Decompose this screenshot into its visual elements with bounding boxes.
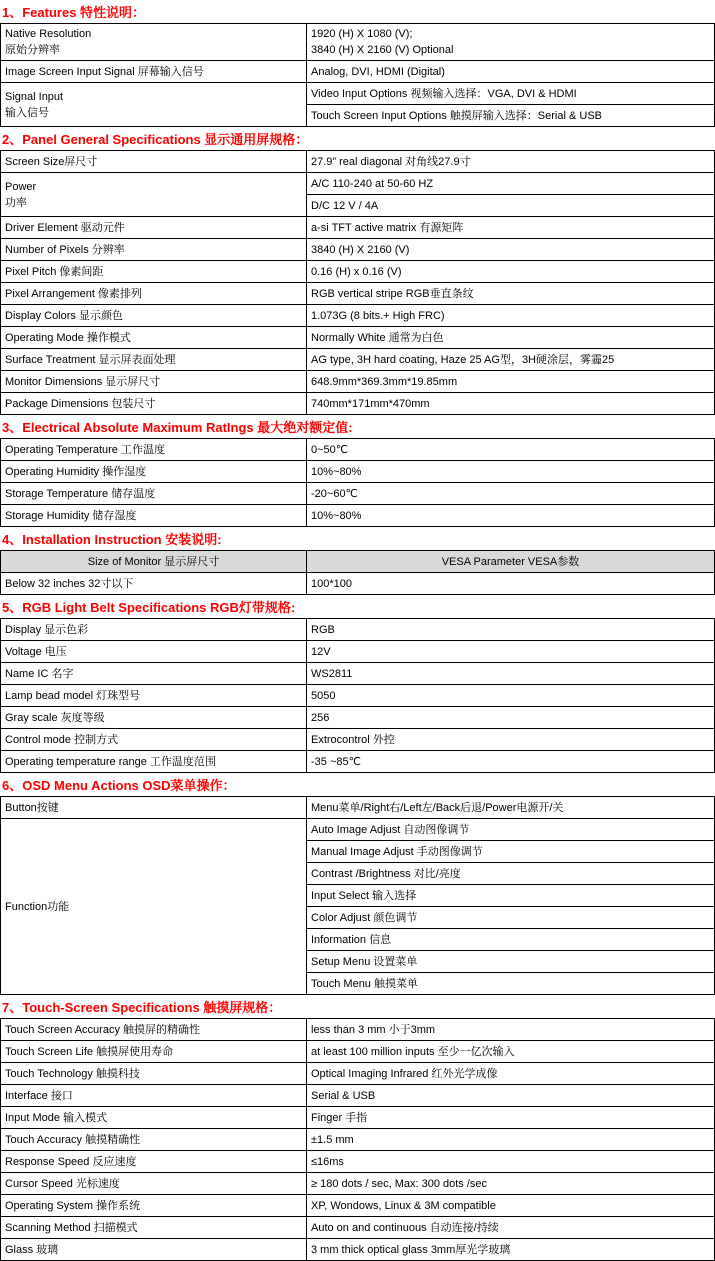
spec-value-cell: less than 3 mm 小于3mm	[307, 1019, 715, 1041]
table-row: Touch Screen Life 触摸屏使用寿命at least 100 mi…	[1, 1041, 715, 1063]
spec-label-cell: Button按键	[1, 797, 307, 819]
spec-label-cell: Function功能	[1, 819, 307, 995]
spec-value-cell: Color Adjust 颜色调节	[307, 907, 715, 929]
spec-value-cell: -35 ~85℃	[307, 751, 715, 773]
spec-value-cell: 3 mm thick optical glass 3mm厚光学玻璃	[307, 1239, 715, 1261]
table-row: Lamp bead model 灯珠型号5050	[1, 685, 715, 707]
spec-label-cell: Monitor Dimensions 显示屏尺寸	[1, 371, 307, 393]
spec-label-cell: Native Resolution 原始分辨率	[1, 24, 307, 61]
spec-value-cell: Setup Menu 设置菜单	[307, 951, 715, 973]
spec-label-cell: Touch Screen Accuracy 触摸屏的精确性	[1, 1019, 307, 1041]
table-row: Function功能Auto Image Adjust 自动图像调节	[1, 819, 715, 841]
spec-value-cell: 1.073G (8 bits.+ High FRC)	[307, 305, 715, 327]
spec-value-cell: Analog, DVI, HDMI (Digital)	[307, 61, 715, 83]
spec-value-cell: Extrocontrol 外控	[307, 729, 715, 751]
spec-label-cell: Operating temperature range 工作温度范围	[1, 751, 307, 773]
section-6-heading: 6、OSD Menu Actions OSD菜单操作：	[2, 778, 715, 793]
spec-value-cell: Touch Menu 触摸菜单	[307, 973, 715, 995]
column-header-cell: VESA Parameter VESA参数	[307, 551, 715, 573]
section-5-heading: 5、RGB Light Belt Specifications RGB灯带规格:	[2, 600, 715, 615]
spec-value-cell: 5050	[307, 685, 715, 707]
spec-value-cell: ≤16ms	[307, 1151, 715, 1173]
table-row: Name IC 名字WS2811	[1, 663, 715, 685]
table-row: Number of Pixels 分辨率3840 (H) X 2160 (V)	[1, 239, 715, 261]
spec-label-cell: Voltage 电压	[1, 641, 307, 663]
spec-value-cell: Touch Screen Input Options 触摸屏输入选择：Seria…	[307, 105, 715, 127]
spec-label-cell: Operating System 操作系统	[1, 1195, 307, 1217]
column-header-cell: Size of Monitor 显示屏尺寸	[1, 551, 307, 573]
spec-value-cell: 12V	[307, 641, 715, 663]
section-4-table: Size of Monitor 显示屏尺寸VESA Parameter VESA…	[0, 550, 715, 595]
spec-label-cell: Storage Humidity 储存湿度	[1, 505, 307, 527]
spec-label-cell: Operating Mode 操作模式	[1, 327, 307, 349]
spec-label-cell: Operating Humidity 操作湿度	[1, 461, 307, 483]
table-row: Operating Mode 操作模式Normally White 通常为白色	[1, 327, 715, 349]
section-4-heading: 4、Installation Instruction 安装说明:	[2, 532, 715, 547]
table-row: Screen Size屏尺寸27.9” real diagonal 对角线27.…	[1, 151, 715, 173]
spec-label-cell: Cursor Speed 光标速度	[1, 1173, 307, 1195]
spec-value-cell: A/C 110-240 at 50-60 HZ	[307, 173, 715, 195]
spec-value-cell: 740mm*171mm*470mm	[307, 393, 715, 415]
table-row: Pixel Arrangement 像素排列RGB vertical strip…	[1, 283, 715, 305]
spec-label-cell: Display 显示色彩	[1, 619, 307, 641]
spec-value-cell: WS2811	[307, 663, 715, 685]
spec-label-cell: Glass 玻璃	[1, 1239, 307, 1261]
spec-label-cell: Display Colors 显示颜色	[1, 305, 307, 327]
table-row: Input Mode 输入模式Finger 手指	[1, 1107, 715, 1129]
spec-label-cell: Touch Accuracy 触摸精确性	[1, 1129, 307, 1151]
table-row: Operating System 操作系统XP, Wondows, Linux …	[1, 1195, 715, 1217]
spec-value-cell: 648.9mm*369.3mm*19.85mm	[307, 371, 715, 393]
table-row: Storage Humidity 储存湿度10%~80%	[1, 505, 715, 527]
spec-value-cell: 3840 (H) X 2160 (V)	[307, 239, 715, 261]
spec-label-cell: Touch Screen Life 触摸屏使用寿命	[1, 1041, 307, 1063]
spec-value-cell: 10%~80%	[307, 461, 715, 483]
spec-label-cell: Name IC 名字	[1, 663, 307, 685]
spec-label-cell: Screen Size屏尺寸	[1, 151, 307, 173]
spec-label-cell: Interface 接口	[1, 1085, 307, 1107]
table-row: Image Screen Input Signal 屏幕输入信号Analog, …	[1, 61, 715, 83]
spec-value-cell: 1920 (H) X 1080 (V); 3840 (H) X 2160 (V)…	[307, 24, 715, 61]
spec-label-cell: Gray scale 灰度等级	[1, 707, 307, 729]
table-row: Gray scale 灰度等级256	[1, 707, 715, 729]
spec-value-cell: Serial & USB	[307, 1085, 715, 1107]
spec-value-cell: -20~60℃	[307, 483, 715, 505]
spec-label-cell: Number of Pixels 分辨率	[1, 239, 307, 261]
spec-label-cell: Pixel Pitch 像素间距	[1, 261, 307, 283]
spec-value-cell: Manual Image Adjust 手动图像调节	[307, 841, 715, 863]
table-row: Power 功率A/C 110-240 at 50-60 HZ	[1, 173, 715, 195]
spec-label-cell: Scanning Method 扫描模式	[1, 1217, 307, 1239]
table-row: Display 显示色彩RGB	[1, 619, 715, 641]
spec-value-cell: 27.9” real diagonal 对角线27.9寸	[307, 151, 715, 173]
spec-label-cell: Control mode 控制方式	[1, 729, 307, 751]
spec-value-cell: Input Select 输入选择	[307, 885, 715, 907]
table-row: Storage Temperature 储存温度-20~60℃	[1, 483, 715, 505]
section-6-table: Button按键Menu菜单/Right右/Left左/Back后退/Power…	[0, 796, 715, 995]
table-row: Operating Temperature 工作温度0~50℃	[1, 439, 715, 461]
table-row: Operating temperature range 工作温度范围-35 ~8…	[1, 751, 715, 773]
spec-label-cell: Power 功率	[1, 173, 307, 217]
section-7-heading: 7、Touch-Screen Specifications 触摸屏规格：	[2, 1000, 715, 1015]
spec-value-cell: Information 信息	[307, 929, 715, 951]
section-2-heading: 2、Panel General Specifications 显示通用屏规格：	[2, 132, 715, 147]
spec-value-cell: 100*100	[307, 573, 715, 595]
table-row: Operating Humidity 操作湿度10%~80%	[1, 461, 715, 483]
section-1-heading: 1、Features 特性说明：	[2, 5, 715, 20]
spec-value-cell: 0~50℃	[307, 439, 715, 461]
table-row: Signal Input 输入信号Video Input Options 视频输…	[1, 83, 715, 105]
spec-value-cell: Auto on and continuous 自动连接/持续	[307, 1217, 715, 1239]
spec-label-cell: Storage Temperature 储存温度	[1, 483, 307, 505]
spec-label-cell: Lamp bead model 灯珠型号	[1, 685, 307, 707]
spec-label-cell: Surface Treatment 显示屏表面处理	[1, 349, 307, 371]
spec-value-cell: RGB vertical stripe RGB垂直条纹	[307, 283, 715, 305]
spec-value-cell: D/C 12 V / 4A	[307, 195, 715, 217]
section-2-table: Screen Size屏尺寸27.9” real diagonal 对角线27.…	[0, 150, 715, 415]
table-row: Touch Screen Accuracy 触摸屏的精确性less than 3…	[1, 1019, 715, 1041]
table-row: Size of Monitor 显示屏尺寸VESA Parameter VESA…	[1, 551, 715, 573]
table-row: Display Colors 显示颜色1.073G (8 bits.+ High…	[1, 305, 715, 327]
table-row: Below 32 inches 32寸以下100*100	[1, 573, 715, 595]
spec-value-cell: 256	[307, 707, 715, 729]
section-7-table: Touch Screen Accuracy 触摸屏的精确性less than 3…	[0, 1018, 715, 1261]
section-3-heading: 3、Electrical Absolute Maximum RatIngs 最大…	[2, 420, 715, 435]
spec-label-cell: Signal Input 输入信号	[1, 83, 307, 127]
table-row: Glass 玻璃3 mm thick optical glass 3mm厚光学玻…	[1, 1239, 715, 1261]
spec-value-cell: Normally White 通常为白色	[307, 327, 715, 349]
spec-value-cell: Auto Image Adjust 自动图像调节	[307, 819, 715, 841]
spec-label-cell: Package Dimensions 包装尺寸	[1, 393, 307, 415]
section-3-table: Operating Temperature 工作温度0~50℃Operating…	[0, 438, 715, 527]
table-row: Package Dimensions 包装尺寸740mm*171mm*470mm	[1, 393, 715, 415]
spec-value-cell: XP, Wondows, Linux & 3M compatible	[307, 1195, 715, 1217]
table-row: Cursor Speed 光标速度≥ 180 dots / sec, Max: …	[1, 1173, 715, 1195]
section-5-table: Display 显示色彩RGBVoltage 电压12VName IC 名字WS…	[0, 618, 715, 773]
table-row: Pixel Pitch 像素间距0.16 (H) x 0.16 (V)	[1, 261, 715, 283]
spec-label-cell: Response Speed 反应速度	[1, 1151, 307, 1173]
spec-value-cell: Menu菜单/Right右/Left左/Back后退/Power电源开/关	[307, 797, 715, 819]
table-row: Touch Accuracy 触摸精确性±1.5 mm	[1, 1129, 715, 1151]
spec-value-cell: 0.16 (H) x 0.16 (V)	[307, 261, 715, 283]
table-row: Interface 接口Serial & USB	[1, 1085, 715, 1107]
table-row: Voltage 电压12V	[1, 641, 715, 663]
spec-value-cell: a-si TFT active matrix 有源矩阵	[307, 217, 715, 239]
spec-sheet: 1、Features 特性说明：Native Resolution 原始分辨率1…	[0, 5, 715, 1261]
spec-label-cell: Below 32 inches 32寸以下	[1, 573, 307, 595]
spec-value-cell: 10%~80%	[307, 505, 715, 527]
spec-value-cell: AG type, 3H hard coating, Haze 25 AG型，3H…	[307, 349, 715, 371]
spec-value-cell: RGB	[307, 619, 715, 641]
table-row: Scanning Method 扫描模式Auto on and continuo…	[1, 1217, 715, 1239]
table-row: Surface Treatment 显示屏表面处理AG type, 3H har…	[1, 349, 715, 371]
table-row: Button按键Menu菜单/Right右/Left左/Back后退/Power…	[1, 797, 715, 819]
spec-label-cell: Pixel Arrangement 像素排列	[1, 283, 307, 305]
spec-value-cell: at least 100 million inputs 至少一亿次输入	[307, 1041, 715, 1063]
spec-value-cell: ±1.5 mm	[307, 1129, 715, 1151]
spec-label-cell: Touch Technology 触摸科技	[1, 1063, 307, 1085]
spec-label-cell: Operating Temperature 工作温度	[1, 439, 307, 461]
spec-value-cell: Contrast /Brightness 对比/亮度	[307, 863, 715, 885]
section-1-table: Native Resolution 原始分辨率1920 (H) X 1080 (…	[0, 23, 715, 127]
spec-label-cell: Image Screen Input Signal 屏幕输入信号	[1, 61, 307, 83]
table-row: Response Speed 反应速度≤16ms	[1, 1151, 715, 1173]
spec-label-cell: Input Mode 输入模式	[1, 1107, 307, 1129]
spec-value-cell: Optical Imaging Infrared 红外光学成像	[307, 1063, 715, 1085]
spec-value-cell: Finger 手指	[307, 1107, 715, 1129]
table-row: Monitor Dimensions 显示屏尺寸648.9mm*369.3mm*…	[1, 371, 715, 393]
spec-label-cell: Driver Element 驱动元件	[1, 217, 307, 239]
table-row: Touch Technology 触摸科技Optical Imaging Inf…	[1, 1063, 715, 1085]
spec-value-cell: Video Input Options 视频输入选择：VGA, DVI & HD…	[307, 83, 715, 105]
table-row: Control mode 控制方式Extrocontrol 外控	[1, 729, 715, 751]
table-row: Native Resolution 原始分辨率1920 (H) X 1080 (…	[1, 24, 715, 61]
spec-value-cell: ≥ 180 dots / sec, Max: 300 dots /sec	[307, 1173, 715, 1195]
table-row: Driver Element 驱动元件a-si TFT active matri…	[1, 217, 715, 239]
